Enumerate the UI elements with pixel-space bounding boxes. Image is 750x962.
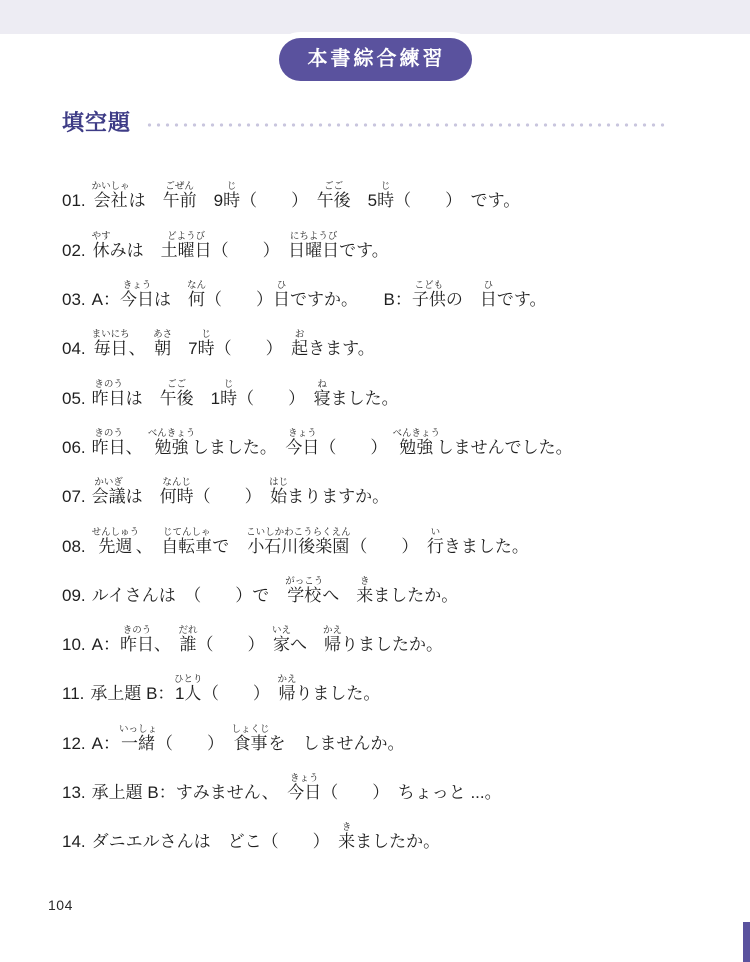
question-row: 06.昨日きのう、 勉強べんきょうしました。 今日きょう（ ） 勉強べんきょうし… (62, 410, 750, 459)
questions-list: 01.会社かいしゃは 午前ごぜん 9時じ（ ） 午後ごご 5時じ（ ） です。0… (62, 164, 750, 854)
question-row: 14.ダニエルさんは どこ（ ） 来きましたか。 (62, 804, 750, 853)
question-number: 08. (62, 536, 86, 558)
question-number: 01. (62, 190, 86, 212)
question-text: 会議かいぎは 何時なんじ（ ） 始はじまりますか。 (92, 477, 390, 508)
top-band (0, 0, 750, 34)
question-row: 10.A：昨日きのう、 誰だれ（ ） 家いえへ 帰かえりましたか。 (62, 607, 750, 656)
question-number: 09. (62, 585, 86, 607)
question-number: 04. (62, 338, 86, 360)
question-number: 12. (62, 733, 86, 755)
question-number: 11. (62, 683, 84, 705)
question-text: 休やすみは 土曜日どようび（ ） 日曜日にちようびです。 (92, 231, 389, 262)
question-row: 12.A：一緒いっしょ（ ） 食事しょくじを しませんか。 (62, 706, 750, 755)
question-text: ルイさんは （ ）で 学校がっこうへ 来きましたか。 (92, 576, 459, 607)
page-edge-tab (743, 922, 750, 962)
question-number: 07. (62, 486, 86, 508)
question-number: 02. (62, 240, 86, 262)
question-text: 会社かいしゃは 午前ごぜん 9時じ（ ） 午後ごご 5時じ（ ） です。 (92, 181, 521, 212)
question-text: A：昨日きのう、 誰だれ（ ） 家いえへ 帰かえりましたか。 (92, 625, 443, 656)
question-row: 05.昨日きのうは 午後ごご 1時じ（ ） 寝ねました。 (62, 361, 750, 410)
dotted-divider (145, 123, 665, 127)
question-row: 13.承上題 B：すみません、 今日きょう（ ） ちょっと ...。 (62, 755, 750, 804)
section-header: 填空題 (62, 109, 665, 138)
question-text: A：今日きょうは 何なん（ ）日ひですか。 B：子供こどもの 日ひです。 (92, 280, 547, 311)
chapter-badge: 本書綜合練習 (279, 38, 472, 81)
question-text: ダニエルさんは どこ（ ） 来きましたか。 (92, 822, 441, 853)
question-number: 03. (62, 289, 86, 311)
question-text: A：一緒いっしょ（ ） 食事しょくじを しませんか。 (92, 724, 405, 755)
question-text: 昨日きのう、 勉強べんきょうしました。 今日きょう（ ） 勉強べんきょうしません… (92, 428, 573, 459)
page-number: 104 (48, 897, 73, 913)
badge-row: 本書綜合練習 (0, 34, 750, 81)
section-title: 填空題 (62, 109, 131, 138)
question-number: 14. (62, 831, 86, 853)
question-text: 承上題 B：すみません、 今日きょう（ ） ちょっと ...。 (92, 773, 502, 804)
question-number: 05. (62, 388, 86, 410)
question-row: 01.会社かいしゃは 午前ごぜん 9時じ（ ） 午後ごご 5時じ（ ） です。 (62, 164, 750, 213)
question-row: 09.ルイさんは （ ）で 学校がっこうへ 来きましたか。 (62, 558, 750, 607)
question-row: 07.会議かいぎは 何時なんじ（ ） 始はじまりますか。 (62, 459, 750, 508)
question-row: 03.A：今日きょうは 何なん（ ）日ひですか。 B：子供こどもの 日ひです。 (62, 262, 750, 311)
question-text: 毎日まいにち、 朝あさ 7時じ（ ） 起おきます。 (92, 329, 375, 360)
question-text: 承上題 B：1人ひとり（ ） 帰かえりました。 (90, 674, 380, 705)
question-row: 11.承上題 B：1人ひとり（ ） 帰かえりました。 (62, 657, 750, 706)
question-number: 06. (62, 437, 86, 459)
question-row: 08.先週せんしゅう、 自転車じてんしゃで 小石川後楽園こいしかわこうらくえん（… (62, 509, 750, 558)
question-text: 先週せんしゅう、 自転車じてんしゃで 小石川後楽園こいしかわこうらくえん（ ） … (92, 527, 529, 558)
question-number: 10. (62, 634, 86, 656)
question-number: 13. (62, 782, 86, 804)
question-text: 昨日きのうは 午後ごご 1時じ（ ） 寝ねました。 (92, 379, 399, 410)
question-row: 04.毎日まいにち、 朝あさ 7時じ（ ） 起おきます。 (62, 311, 750, 360)
question-row: 02.休やすみは 土曜日どようび（ ） 日曜日にちようびです。 (62, 213, 750, 262)
